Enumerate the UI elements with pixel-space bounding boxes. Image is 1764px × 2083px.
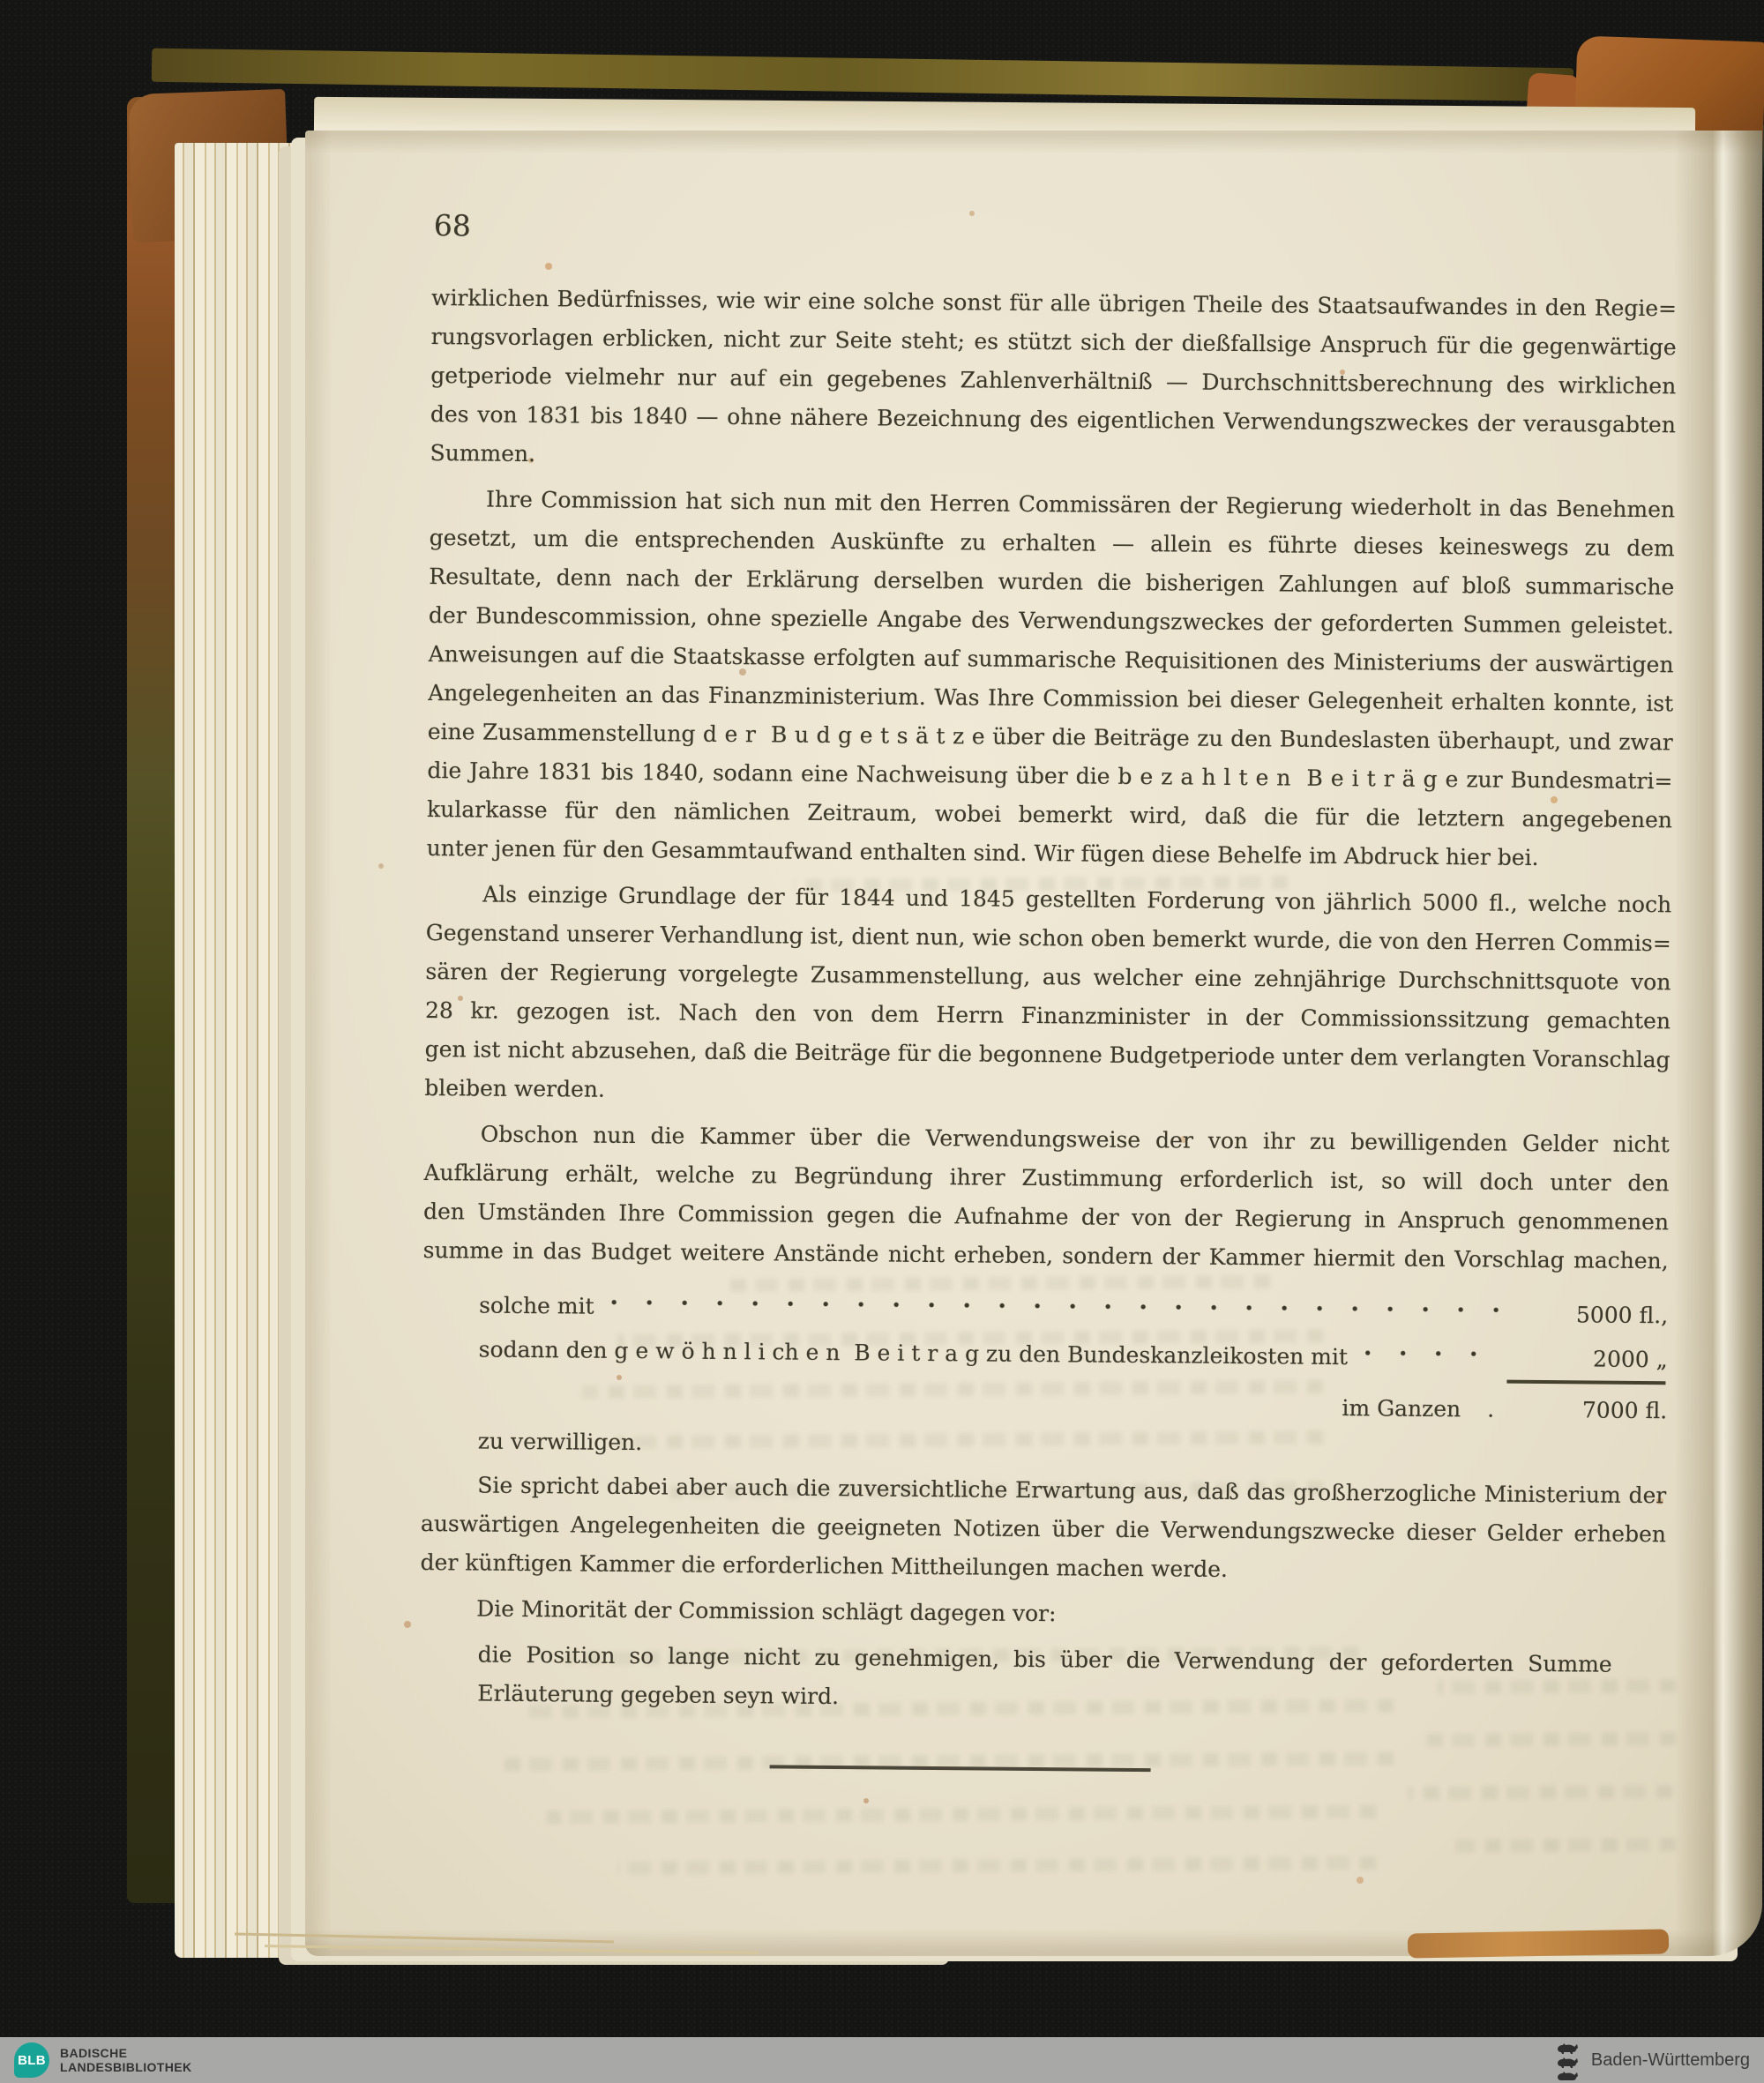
paragraph: Ihre Commission hat sich nun mit den Her…: [426, 480, 1675, 878]
sum-rule: [1506, 1380, 1665, 1385]
dot-leader: [612, 1275, 1503, 1322]
scan-background: 68 wirklichen Bedürfnisses, wie wir eine…: [0, 0, 1764, 2083]
allocation-list: solche mit5000 fl.,sodann den g e w ö h …: [422, 1273, 1669, 1476]
paragraph: Sie spricht dabei aber auch die zuversic…: [420, 1466, 1666, 1593]
footer-bar: BLB BADISCHE LANDESBIBLIOTHEK Baden-Würt…: [0, 2037, 1764, 2083]
allocation-label: sodann den g e w ö h n l i ch e n B e i …: [479, 1331, 1349, 1377]
paragraph: Als einzige Grundlage der für 1844 und 1…: [424, 875, 1671, 1118]
paragraph: wirklichen Bedürfnisses, wie wir eine so…: [430, 279, 1677, 483]
state-branding: Baden-Württemberg: [1556, 2040, 1750, 2080]
library-branding: BLB BADISCHE LANDESBIBLIOTHEK: [14, 2042, 192, 2078]
allocation-label: solche mit: [479, 1287, 594, 1326]
paragraph: die Position so lange nicht zu genehmige…: [419, 1635, 1612, 1723]
library-name-line2: LANDESBIBLIOTHEK: [60, 2060, 192, 2074]
leather-edge-bottom-right: [1408, 1929, 1669, 1958]
total-separator: .: [1487, 1390, 1494, 1429]
blb-logo: BLB: [14, 2042, 49, 2078]
page-text-block: 68 wirklichen Bedürfnisses, wie wir eine…: [419, 208, 1678, 1776]
showthrough-stripe: [1408, 1785, 1672, 1800]
paragraph: Die Minorität der Commission schlägt dag…: [420, 1589, 1665, 1639]
library-name: BADISCHE LANDESBIBLIOTHEK: [60, 2046, 192, 2074]
showthrough-stripe: [1455, 1838, 1676, 1853]
baden-wuerttemberg-lions-icon: [1556, 2040, 1582, 2080]
total-label: im Ganzen: [1342, 1389, 1461, 1429]
allocation-amount: 2000 „: [1519, 1340, 1667, 1379]
allocation-amount: 5000 fl.,: [1520, 1295, 1668, 1335]
total-amount: 7000 fl.: [1519, 1391, 1667, 1430]
text-line: Die Minorität der Commission schlägt dag…: [420, 1589, 1665, 1639]
dot-leader: [1365, 1325, 1502, 1365]
library-name-line1: BADISCHE: [60, 2046, 192, 2060]
body-text: wirklichen Bedürfnisses, wie wir eine so…: [419, 279, 1678, 1776]
book-gilded-top-edge: [152, 49, 1573, 102]
paper-specks: [0, 0, 4, 4]
state-name: Baden-Württemberg: [1591, 2050, 1750, 2071]
paragraph: Obschon nun die Kammer über die Verwendu…: [422, 1115, 1669, 1280]
